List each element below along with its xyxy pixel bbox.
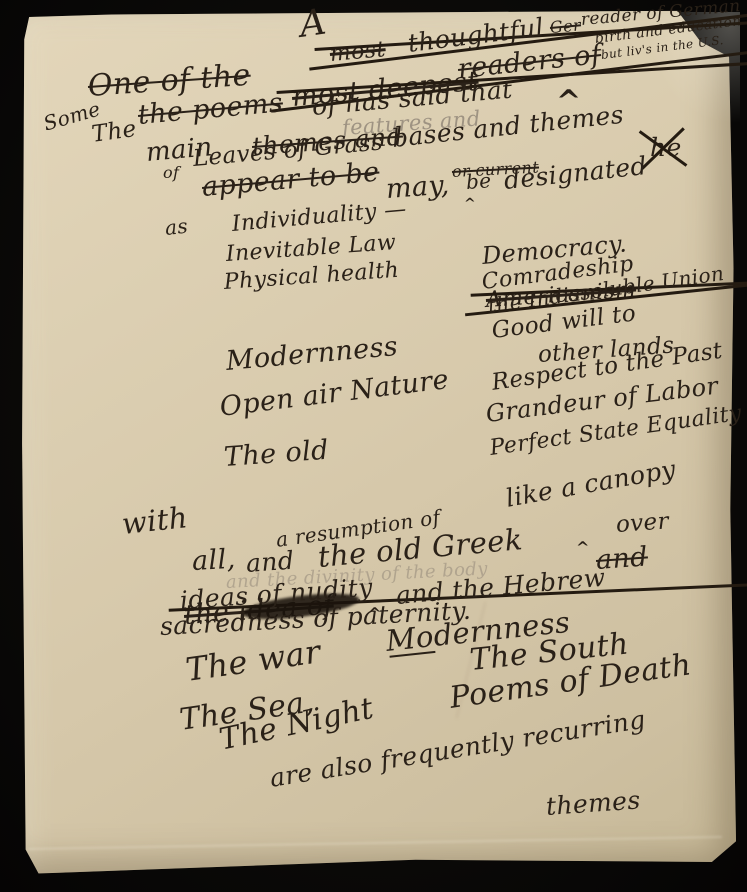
inserted-word-be: be	[465, 170, 492, 192]
manuscript-word: with	[120, 503, 189, 539]
inserted-article-a: A	[297, 5, 328, 44]
closing-word-themes: themes	[545, 787, 641, 819]
caret-mark: ^	[464, 196, 476, 212]
manuscript-word: as	[164, 216, 189, 238]
caret-mark: ^	[576, 538, 589, 557]
scan-background: A Ger reader of German birth and educati…	[0, 0, 747, 892]
manuscript-word: of	[163, 165, 179, 181]
manuscript-word: over	[615, 510, 670, 537]
manuscript-word: The	[90, 118, 138, 147]
canceled-word-x: he	[650, 135, 747, 160]
theme-item: The old	[223, 437, 330, 471]
manuscript-word: all,	[191, 546, 236, 575]
